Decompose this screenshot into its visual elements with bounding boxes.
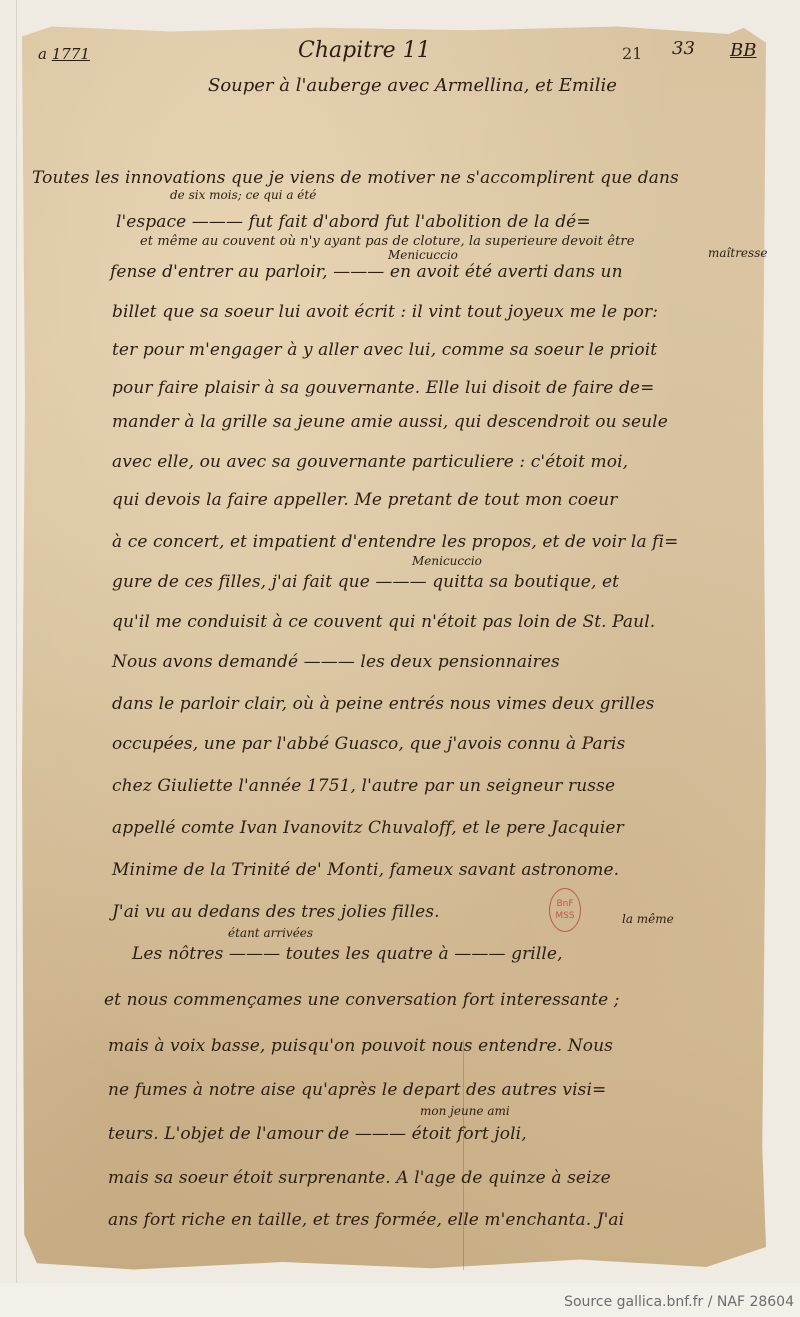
manuscript-line: mander à la grille sa jeune amie aussi, … — [112, 412, 668, 432]
manuscript-line: ans fort riche en taille, et tres formée… — [108, 1210, 624, 1230]
manuscript-line: occupées, une par l'abbé Guasco, que j'a… — [112, 734, 625, 754]
folio-printed-number: 21 — [622, 44, 642, 63]
manuscript-line: et même au couvent où n'y ayant pas de c… — [140, 234, 635, 249]
interlinear-insert: étant arrivées — [228, 926, 313, 940]
folio-handwritten-alt: BB — [730, 40, 756, 61]
manuscript-line: pour faire plaisir à sa gouvernante. Ell… — [112, 378, 654, 398]
manuscript-line: mais sa soeur étoit surprenante. A l'age… — [108, 1168, 611, 1188]
manuscript-line: Les nôtres ——— toutes les quatre à ——— g… — [132, 944, 563, 964]
reference-year: 1771 — [52, 45, 90, 63]
interlinear-insert: mon jeune ami — [420, 1104, 510, 1118]
folio-handwritten-number: 33 — [672, 38, 695, 59]
manuscript-line: teurs. L'objet de l'amour de ——— étoit f… — [108, 1124, 527, 1144]
manuscript-line: qu'il me conduisit à ce couvent qui n'ét… — [112, 612, 655, 632]
source-credit: Source gallica.bnf.fr / NAF 28604 — [564, 1294, 794, 1310]
manuscript-line: mais à voix basse, puisqu'on pouvoit nou… — [108, 1036, 613, 1056]
manuscript-line: Minime de la Trinité de' Monti, fameux s… — [112, 860, 619, 880]
interlinear-insert: Menicuccio — [412, 554, 482, 568]
manuscript-line: avec elle, ou avec sa gouvernante partic… — [112, 452, 628, 472]
manuscript-line: ne fumes à notre aise qu'après le depart… — [108, 1080, 606, 1100]
manuscript-line: billet que sa soeur lui avoit écrit : il… — [112, 302, 658, 322]
manuscript-line: appellé comte Ivan Ivanovitz Chuvaloff, … — [112, 818, 624, 838]
chapter-title: Chapitre 11 — [298, 38, 431, 63]
manuscript-line: Toutes les innovations que je viens de m… — [32, 168, 679, 188]
stamp-line-1: BnF — [556, 898, 573, 910]
manuscript-line: et nous commençames une conversation for… — [104, 990, 620, 1010]
interlinear-insert: Menicuccio — [388, 248, 458, 262]
stamp-line-2: MSS — [555, 910, 574, 922]
manuscript-line: à ce concert, et impatient d'entendre le… — [112, 532, 678, 552]
mount-edge-line — [16, 0, 17, 1283]
manuscript-line: Nous avons demandé ——— les deux pensionn… — [112, 652, 560, 672]
chapter-subtitle: Souper à l'auberge avec Armellina, et Em… — [208, 75, 617, 96]
manuscript-line: dans le parloir clair, où à peine entrés… — [112, 694, 654, 714]
manuscript-line: ter pour m'engager à y aller avec lui, c… — [112, 340, 657, 360]
bnf-library-stamp: BnF MSS — [549, 888, 581, 932]
manuscript-line: fense d'entrer au parloir, ——— en avoit … — [110, 262, 623, 282]
archive-reference: a 1771 — [38, 45, 90, 63]
reference-prefix: a — [38, 45, 47, 63]
manuscript-line: gure de ces filles, j'ai fait que ——— qu… — [112, 572, 619, 592]
paper-crease — [463, 1040, 464, 1270]
manuscript-line: J'ai vu au dedans des tres jolies filles… — [112, 902, 440, 922]
manuscript-line: qui devois la faire appeller. Me pretant… — [112, 490, 618, 510]
manuscript-line: chez Giuliette l'année 1751, l'autre par… — [112, 776, 615, 796]
margin-annotation: maîtresse — [708, 246, 767, 260]
manuscript-line: l'espace ——— fut fait d'abord fut l'abol… — [116, 212, 591, 232]
margin-annotation: la même — [622, 912, 674, 926]
interlinear-insert: de six mois; ce qui a été — [170, 188, 316, 202]
